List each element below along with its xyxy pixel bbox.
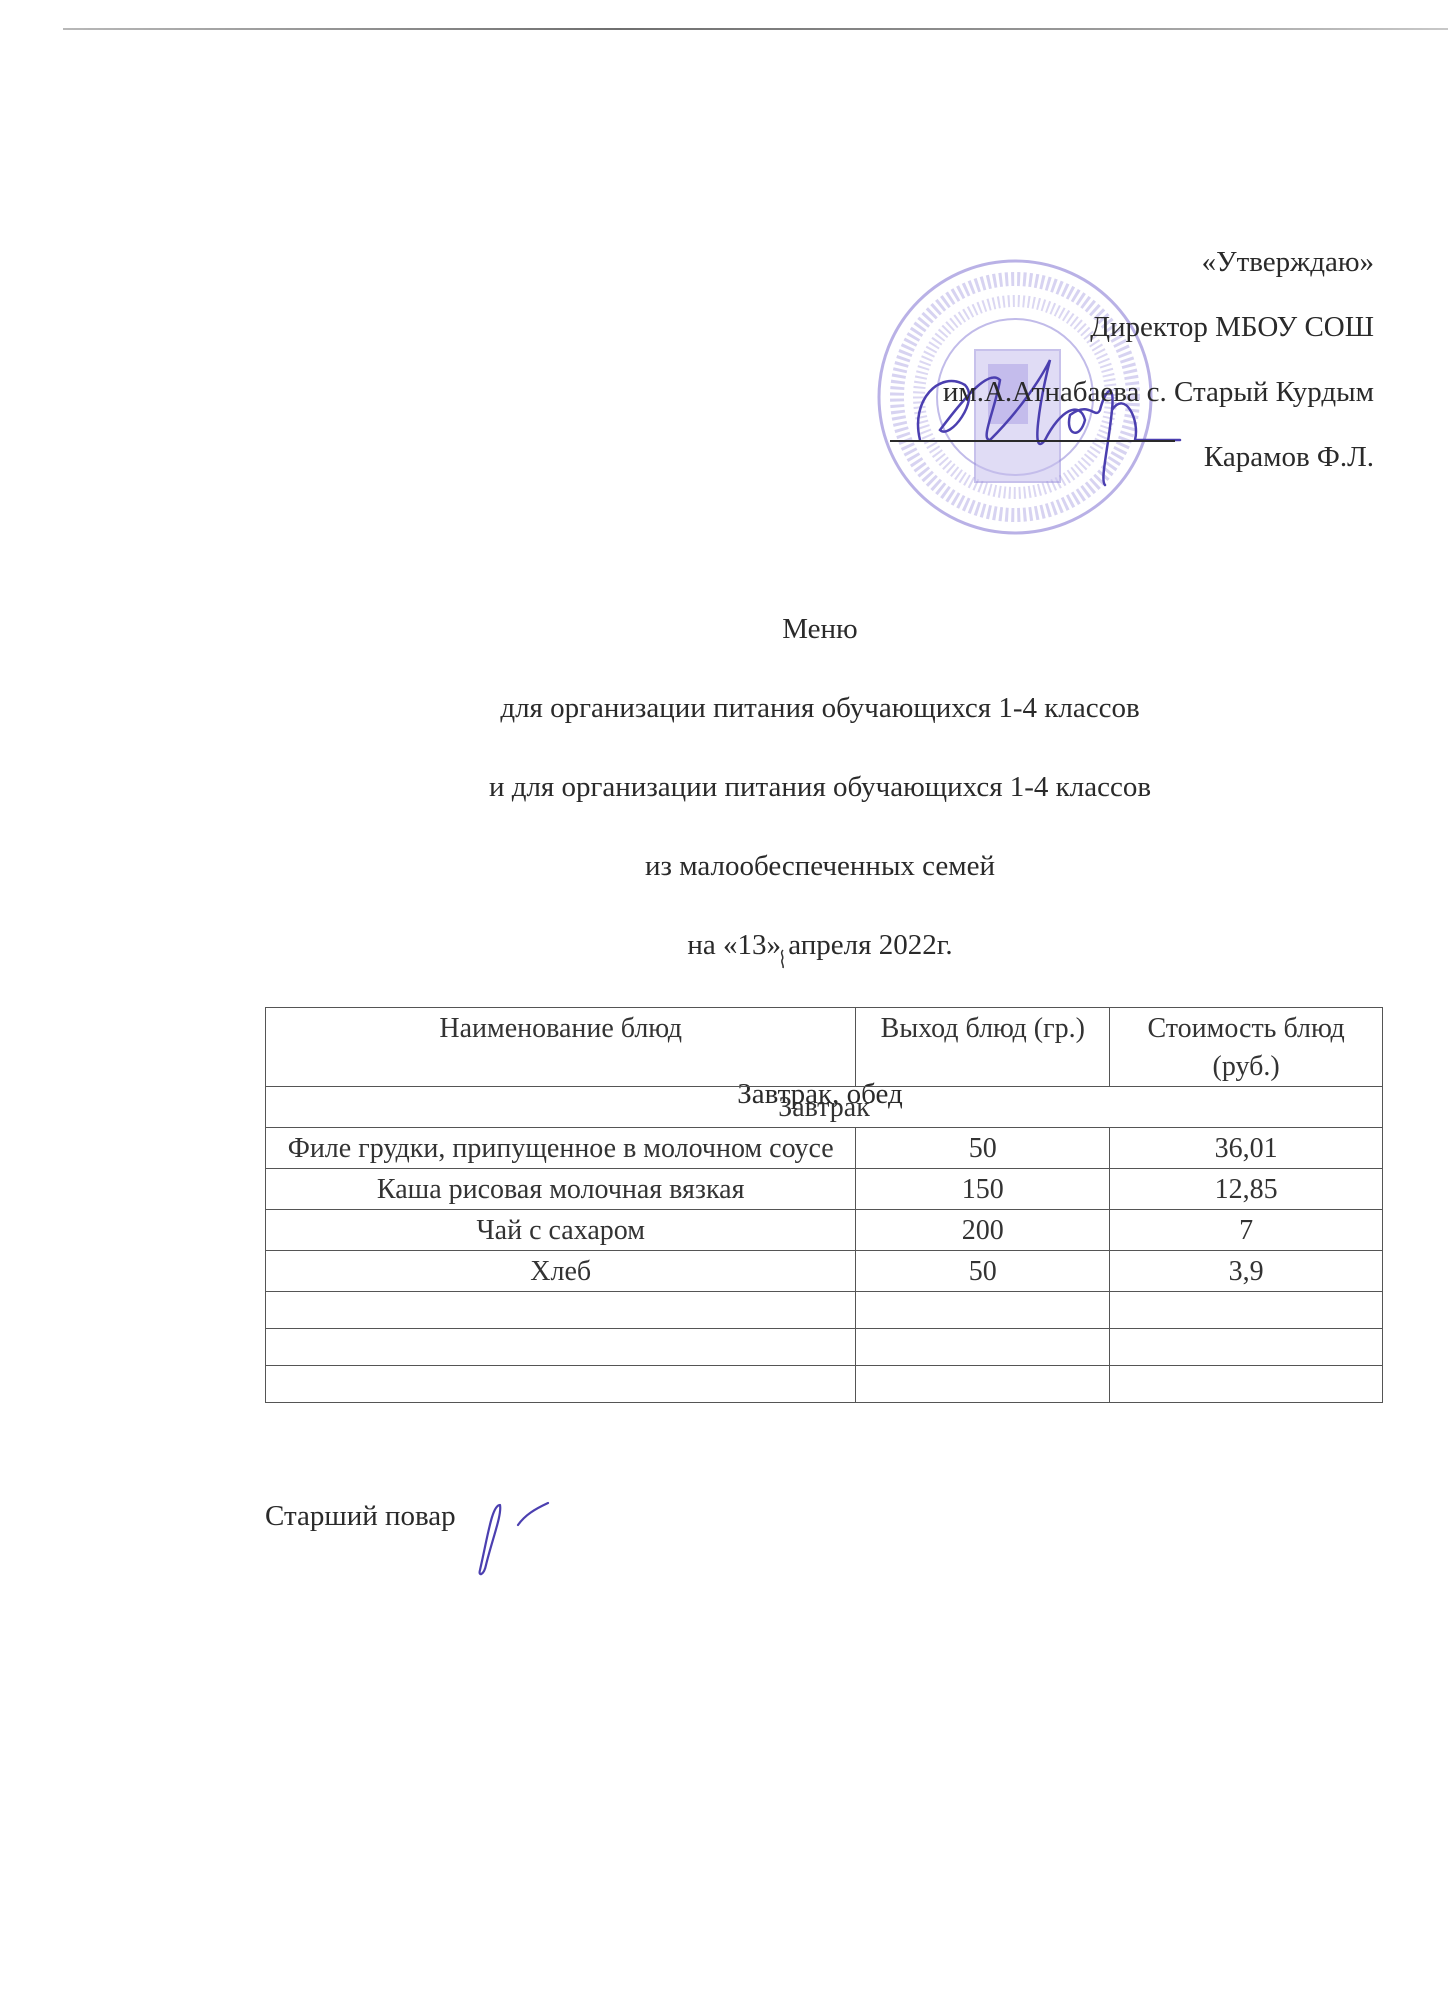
table-row-empty (266, 1292, 1383, 1329)
dish-name: Филе грудки, припущенное в молочном соус… (266, 1128, 856, 1169)
dish-cost: 3,9 (1110, 1251, 1383, 1292)
title-purpose: для организации питания обучающихся 1-4 … (0, 669, 1454, 748)
dish-cost (1110, 1366, 1383, 1403)
school-name: им.А.Атнабаева с. Старый Курдым (943, 360, 1374, 425)
table-row: Хлеб 50 3,9 (266, 1251, 1383, 1292)
table-header-row: Наименование блюд Выход блюд (гр.) Стоим… (266, 1008, 1383, 1087)
section-row: Завтрак (266, 1087, 1383, 1128)
dish-name (266, 1292, 856, 1329)
title-date: на «13» апреля 2022г. (0, 906, 1454, 985)
dish-name (266, 1366, 856, 1403)
dish-name (266, 1329, 856, 1366)
dish-cost (1110, 1329, 1383, 1366)
dish-cost: 36,01 (1110, 1128, 1383, 1169)
dish-yield: 50 (856, 1251, 1110, 1292)
header-cost: Стоимость блюд (руб.) (1110, 1008, 1383, 1087)
header-dish-name: Наименование блюд (266, 1008, 856, 1087)
dish-cost: 12,85 (1110, 1169, 1383, 1210)
dish-yield: 50 (856, 1128, 1110, 1169)
table-row-empty (266, 1366, 1383, 1403)
title-menu: Меню (0, 590, 1454, 669)
table-row-empty (266, 1329, 1383, 1366)
document-title: Меню для организации питания обучающихся… (0, 590, 1454, 985)
chef-signature-icon (470, 1495, 560, 1585)
table-row: Филе грудки, припущенное в молочном соус… (266, 1128, 1383, 1169)
dish-yield (856, 1329, 1110, 1366)
header-yield: Выход блюд (гр.) (856, 1008, 1110, 1087)
dish-name: Чай с сахаром (266, 1210, 856, 1251)
approval-block: «Утверждаю» Директор МБОУ СОШ им.А.Атнаб… (943, 230, 1374, 490)
dish-cost (1110, 1292, 1383, 1329)
chef-label: Старший повар (265, 1500, 456, 1533)
dish-yield (856, 1366, 1110, 1403)
menu-table: Наименование блюд Выход блюд (гр.) Стоим… (265, 1007, 1383, 1403)
section-breakfast: Завтрак (266, 1087, 1383, 1128)
approver-name: Карамов Ф.Л. (943, 425, 1374, 490)
title-purpose-2: и для организации питания обучающихся 1-… (0, 748, 1454, 827)
dish-cost: 7 (1110, 1210, 1383, 1251)
pen-mark-icon (776, 948, 790, 970)
dish-yield (856, 1292, 1110, 1329)
table-row: Чай с сахаром 200 7 (266, 1210, 1383, 1251)
dish-yield: 200 (856, 1210, 1110, 1251)
table-row: Каша рисовая молочная вязкая 150 12,85 (266, 1169, 1383, 1210)
approval-heading: «Утверждаю» (943, 230, 1374, 295)
dish-yield: 150 (856, 1169, 1110, 1210)
dish-name: Хлеб (266, 1251, 856, 1292)
scan-edge-line (63, 28, 1448, 30)
title-families: из малообеспеченных семей (0, 827, 1454, 906)
approver-position: Директор МБОУ СОШ (943, 295, 1374, 360)
signature-line (890, 440, 1175, 442)
dish-name: Каша рисовая молочная вязкая (266, 1169, 856, 1210)
